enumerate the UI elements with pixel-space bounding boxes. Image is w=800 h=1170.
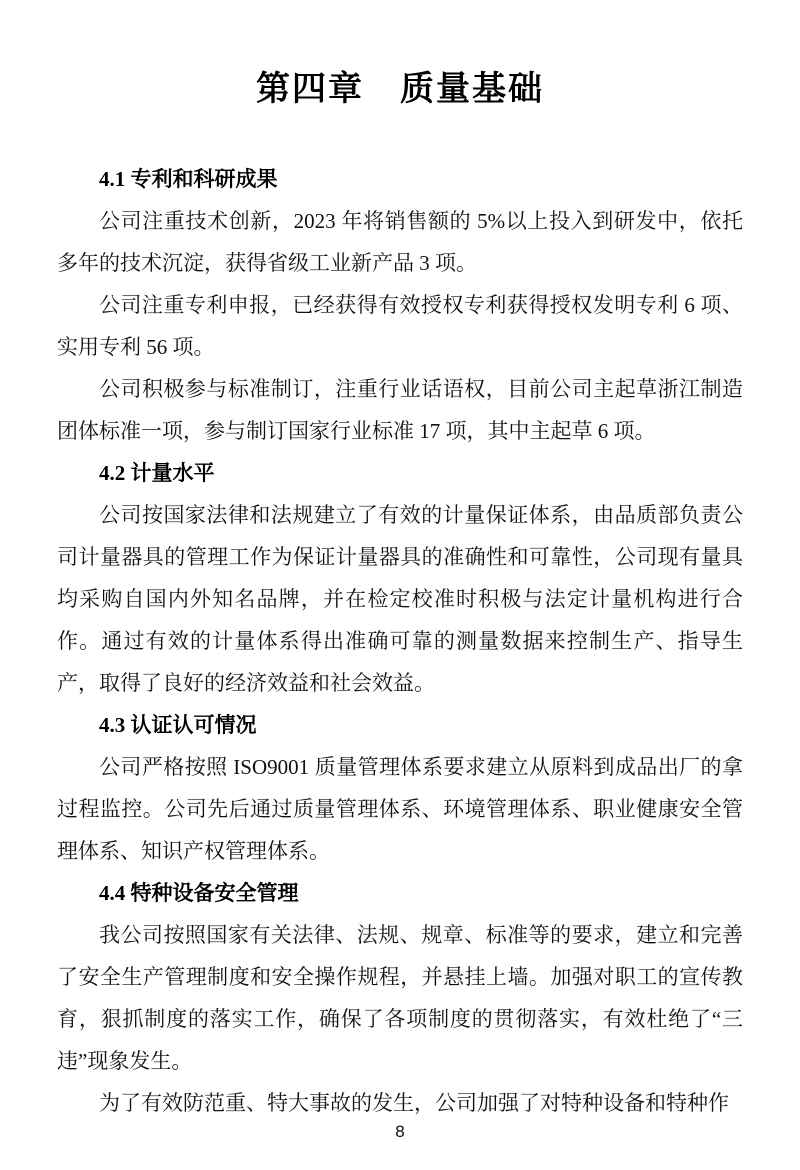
document-page: 第四章 质量基础 4.1 专利和科研成果公司注重技术创新，2023 年将销售额的… [0, 0, 800, 1170]
section-heading-4.3: 4.3 认证认可情况 [57, 704, 743, 746]
section-heading-4.1: 4.1 专利和科研成果 [57, 158, 743, 200]
document-body: 4.1 专利和科研成果公司注重技术创新，2023 年将销售额的 5%以上投入到研… [57, 158, 743, 1124]
section-heading-4.2: 4.2 计量水平 [57, 452, 743, 494]
paragraph: 公司积极参与标准制订，注重行业话语权，目前公司主起草浙江制造团体标准一项，参与制… [57, 368, 743, 452]
chapter-title: 第四章 质量基础 [0, 66, 800, 114]
paragraph: 为了有效防范重、特大事故的发生，公司加强了对特种设备和特种作 [57, 1082, 743, 1124]
paragraph: 公司注重技术创新，2023 年将销售额的 5%以上投入到研发中，依托多年的技术沉… [57, 200, 743, 284]
paragraph: 公司严格按照 ISO9001 质量管理体系要求建立从原料到成品出厂的拿过程监控。… [57, 746, 743, 872]
paragraph: 我公司按照国家有关法律、法规、规章、标准等的要求，建立和完善了安全生产管理制度和… [57, 914, 743, 1082]
paragraph: 公司注重专利申报，已经获得有效授权专利获得授权发明专利 6 项、实用专利 56 … [57, 284, 743, 368]
page-number: 8 [0, 1120, 800, 1144]
paragraph: 公司按国家法律和法规建立了有效的计量保证体系，由品质部负责公司计量器具的管理工作… [57, 494, 743, 704]
section-heading-4.4: 4.4 特种设备安全管理 [57, 872, 743, 914]
